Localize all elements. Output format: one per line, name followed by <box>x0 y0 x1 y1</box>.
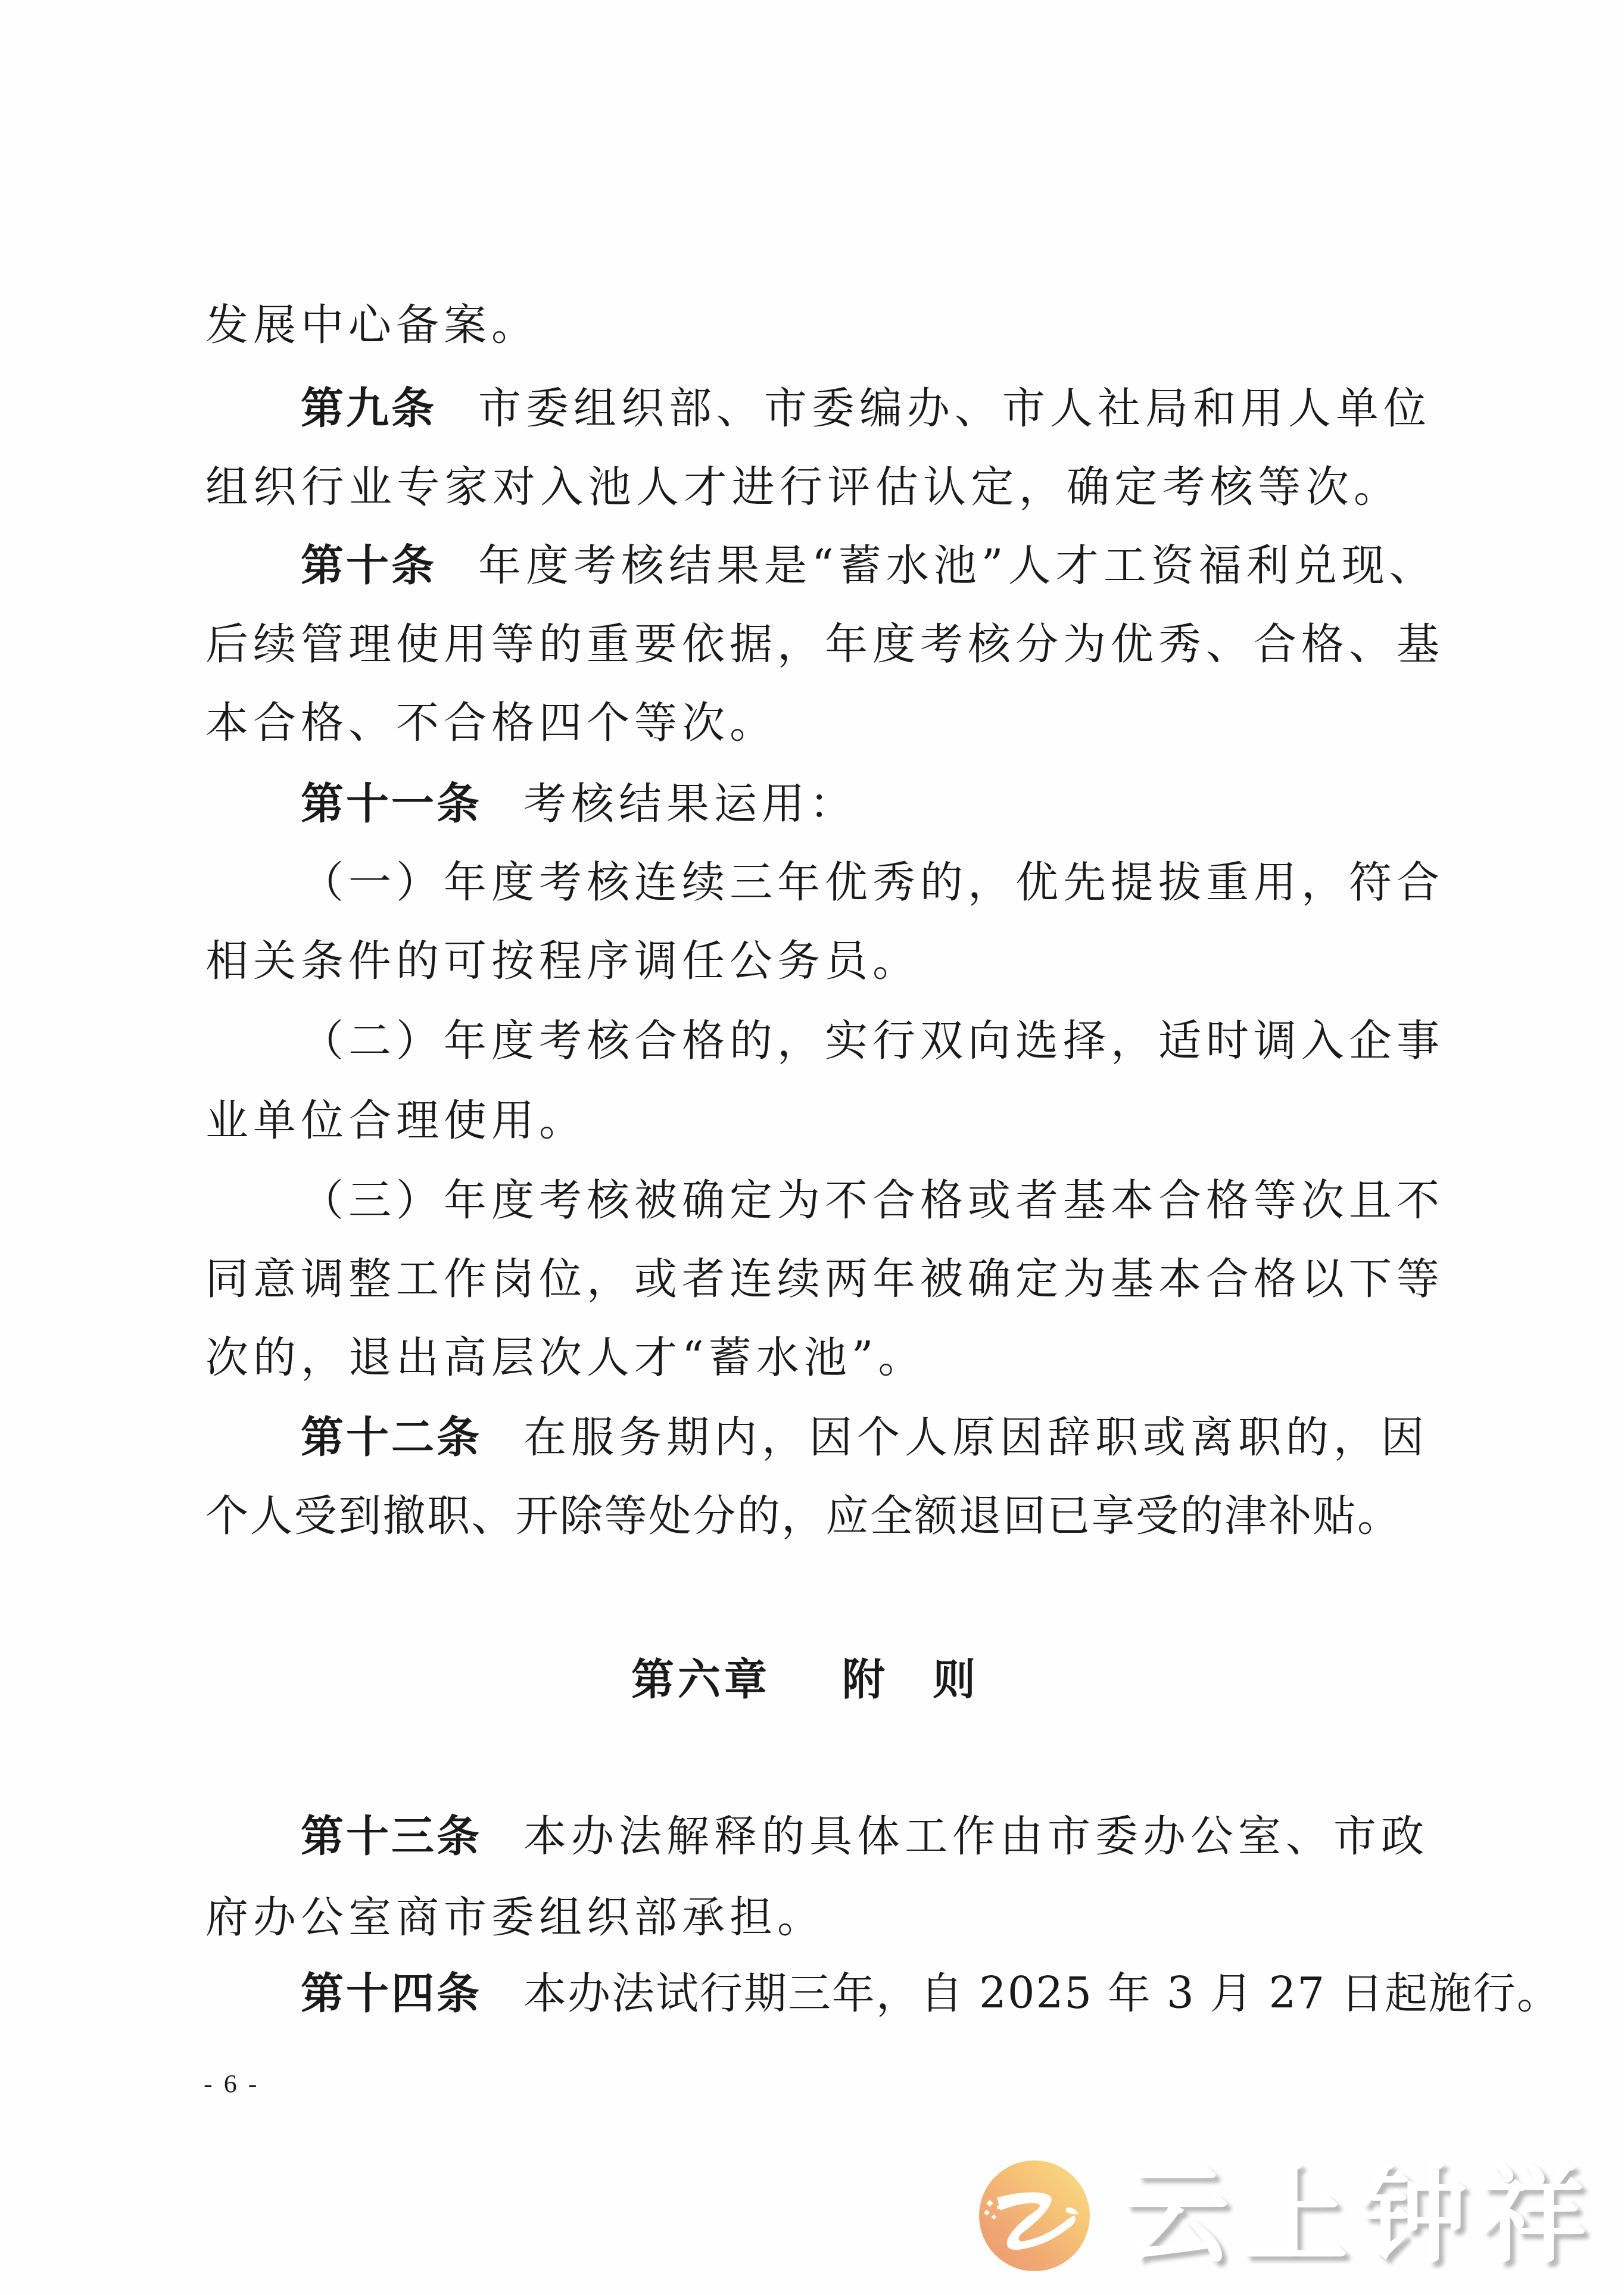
line-text: 本合格、不合格四个等次。 <box>205 697 777 747</box>
paragraph-line: 后续管理使用等的重要依据，年度考核分为优秀、合格、基 <box>205 620 1401 668</box>
watermark: 云上钟祥 <box>979 2159 1600 2272</box>
chapter-title-part2: 则 <box>933 1654 975 1704</box>
article-label: 第十条 <box>301 540 437 590</box>
line-text: 年度考核结果是“蓄水池”人才工资福利兑现、 <box>478 540 1437 590</box>
document-page: 发展中心备案。 第九条市委组织部、市委编办、市人社局和用人单位 组织行业专家对入… <box>0 0 1624 2295</box>
article-label: 第十三条 <box>301 1811 482 1861</box>
line-text: 考核结果运用： <box>523 778 857 828</box>
paragraph-line: 同意调整工作岗位，或者连续两年被确定为基本合格以下等 <box>205 1255 1401 1302</box>
line-text: 相关条件的可按程序调任公务员。 <box>205 936 920 986</box>
line-text: 业单位合理使用。 <box>205 1095 587 1145</box>
article-12-line: 第十二条在服务期内，因个人原因辞职或离职的，因 <box>301 1413 1401 1461</box>
line-text: 本办法试行期三年，自 2025 年 3 月 27 日起施行。 <box>523 1968 1561 2018</box>
chapter-title-part1: 附 <box>842 1654 885 1704</box>
chapter-heading: 第六章附则 <box>631 1655 975 1703</box>
article-11-line: 第十一条考核结果运用： <box>301 779 1401 827</box>
article-label: 第十一条 <box>301 778 482 828</box>
paragraph-line: 府办公室商市委组织部承担。 <box>205 1893 1401 1941</box>
line-text: 次的，退出高层次人才“蓄水池”。 <box>205 1332 926 1382</box>
list-item-3: （三）年度考核被确定为不合格或者基本合格等次且不 <box>301 1176 1401 1224</box>
line-text: 个人受到撤职、开除等处分的，应全额退回已享受的津补贴。 <box>205 1490 1401 1541</box>
line-text: 市委组织部、市委编办、市人社局和用人单位 <box>478 383 1431 433</box>
article-10-line: 第十条年度考核结果是“蓄水池”人才工资福利兑现、 <box>301 541 1401 589</box>
article-label: 第十四条 <box>301 1968 482 2018</box>
article-14-line: 第十四条本办法试行期三年，自 2025 年 3 月 27 日起施行。 <box>301 1969 1401 2017</box>
line-text: 同意调整工作岗位，或者连续两年被确定为基本合格以下等 <box>205 1253 1444 1304</box>
list-item-2: （二）年度考核合格的，实行双向选择，适时调入企事 <box>301 1016 1401 1064</box>
page-number: - 6 - <box>204 2071 259 2097</box>
paragraph-line: 相关条件的可按程序调任公务员。 <box>205 937 1401 984</box>
paragraph-line: 业单位合理使用。 <box>205 1096 1401 1144</box>
article-13-line: 第十三条本办法解释的具体工作由市委办公室、市政 <box>301 1812 1401 1860</box>
article-9-line: 第九条市委组织部、市委编办、市人社局和用人单位 <box>301 384 1401 432</box>
line-text: （一）年度考核连续三年优秀的，优先提拔重用，符合 <box>301 857 1444 907</box>
paragraph-line: 本合格、不合格四个等次。 <box>205 699 1401 746</box>
line-text: 组织行业专家对入池人才进行评估认定，确定考核等次。 <box>205 462 1401 512</box>
paragraph-line: 个人受到撤职、开除等处分的，应全额退回已享受的津补贴。 <box>205 1492 1401 1539</box>
watermark-text: 云上钟祥 <box>1123 2159 1600 2272</box>
line-text: 后续管理使用等的重要依据，年度考核分为优秀、合格、基 <box>205 619 1444 669</box>
line-text: 本办法解释的具体工作由市委办公室、市政 <box>523 1811 1429 1861</box>
paragraph-line: 次的，退出高层次人才“蓄水池”。 <box>205 1333 1401 1381</box>
line-text: 发展中心备案。 <box>205 300 539 350</box>
paragraph-line: 组织行业专家对入池人才进行评估认定，确定考核等次。 <box>205 463 1401 510</box>
paragraph-line: 发展中心备案。 <box>205 301 1401 348</box>
yunshang-zhongxiang-logo-icon <box>979 2160 1090 2271</box>
line-text: 在服务期内，因个人原因辞职或离职的，因 <box>523 1412 1429 1462</box>
line-text: （二）年度考核合格的，实行双向选择，适时调入企事 <box>301 1015 1444 1065</box>
article-label: 第九条 <box>301 383 437 433</box>
line-text: （三）年度考核被确定为不合格或者基本合格等次且不 <box>301 1175 1444 1225</box>
list-item-1: （一）年度考核连续三年优秀的，优先提拔重用，符合 <box>301 858 1401 906</box>
line-text: 府办公室商市委组织部承担。 <box>205 1892 825 1942</box>
chapter-number: 第六章 <box>631 1654 771 1704</box>
article-label: 第十二条 <box>301 1412 482 1462</box>
